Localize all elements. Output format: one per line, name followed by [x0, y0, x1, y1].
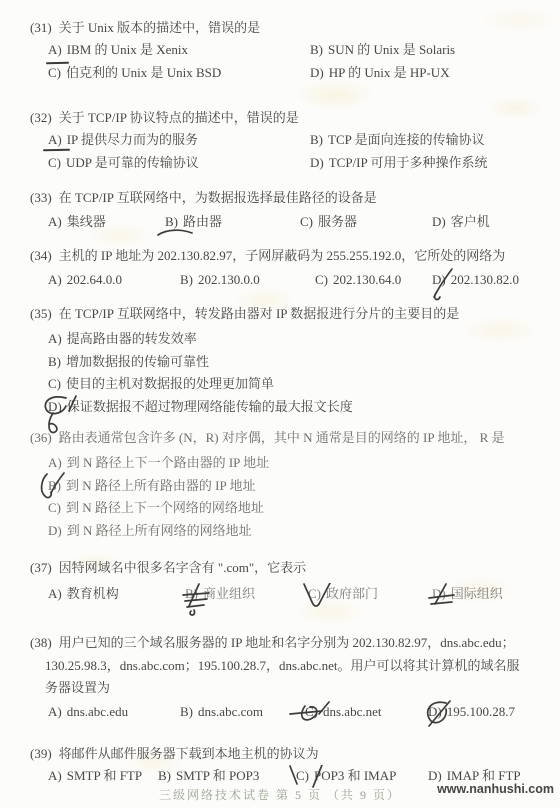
- options: A)提高路由器的转发效率 B)增加数据报的传输可靠性 C)使目的主机对数据报的处…: [48, 328, 554, 418]
- option-label: A): [48, 272, 62, 288]
- option-text: 保证数据报不超过物理网络能传输的最大报文长度: [67, 399, 353, 414]
- option-a: A)202.64.0.0: [48, 272, 180, 288]
- question-number: (38): [30, 635, 52, 650]
- option-d: D)202.130.82.0: [432, 272, 554, 288]
- stem-line-1: (38)用户已知的三个域名服务器的 IP 地址和名字分别为 202.130.82…: [30, 632, 554, 655]
- option-text: 客户机: [451, 214, 490, 229]
- option-text: 服务器: [318, 214, 357, 229]
- options: A)IP 提供尽力而为的服务 B)TCP 是面向连接的传输协议 C)UDP 是可…: [48, 132, 554, 171]
- option-text: 提高路由器的转发效率: [67, 331, 197, 346]
- option-c: C)POP3 和 IMAP: [296, 768, 428, 784]
- question-text: 在 TCP/IP 互联网络中，转发路由器对 IP 数据报进行分片的主要目的是: [59, 306, 460, 321]
- option-text: 到 N 路径上所有网络的网络地址: [67, 523, 252, 538]
- option-b: B)dns.abc.com: [180, 704, 305, 720]
- option-d: D)国际组织: [432, 586, 554, 602]
- option-label: D): [48, 396, 62, 419]
- option-label: B): [180, 704, 193, 720]
- option-label: B): [185, 586, 198, 602]
- option-label: D): [432, 586, 446, 602]
- option-text: SMTP 和 FTP: [67, 768, 142, 783]
- question-37: (37)因特网域名中很多名字含有 ".com"，它表示 A)教育机构 B)商业组…: [30, 560, 554, 602]
- question-text: 用户已知的三个域名服务器的 IP 地址和名字分别为 202.130.82.97，…: [59, 635, 515, 650]
- option-label: D): [310, 155, 324, 171]
- option-label: D): [428, 704, 442, 720]
- option-text: 202.64.0.0: [67, 272, 122, 287]
- question-35: (35)在 TCP/IP 互联网络中，转发路由器对 IP 数据报进行分片的主要目…: [30, 306, 554, 418]
- option-label: C): [315, 272, 328, 288]
- question-number: (33): [30, 190, 52, 205]
- option-b: B)SMTP 和 POP3: [158, 768, 296, 784]
- question-number: (31): [30, 20, 52, 35]
- option-c: C)202.130.64.0: [315, 272, 432, 288]
- option-text: dns.abc.com: [198, 704, 263, 719]
- option-text: 路由器: [183, 214, 222, 229]
- options: A)集线器 B)路由器 C)服务器 D)客户机: [48, 214, 554, 230]
- watermark: www.nanhushi.com: [435, 782, 556, 796]
- option-text: IBM 的 Unix 是 Xenix: [67, 42, 188, 57]
- option-a: A)集线器: [48, 214, 165, 230]
- option-text: 202.130.0.0: [198, 272, 260, 287]
- option-label: C): [48, 65, 61, 81]
- option-text: 增加数据报的传输可靠性: [66, 354, 209, 369]
- option-text: 202.130.82.0: [451, 272, 519, 287]
- option-text: UDP 是可靠的传输协议: [66, 155, 199, 170]
- options: A)202.64.0.0 B)202.130.0.0 C)202.130.64.…: [48, 272, 554, 288]
- option-label: C): [308, 586, 321, 602]
- question-32: (32)关于 TCP/IP 协议特点的描述中，错误的是 A)IP 提供尽力而为的…: [30, 110, 554, 171]
- option-d: D)保证数据报不超过物理网络能传输的最大报文长度: [48, 396, 554, 419]
- option-label: D): [432, 214, 446, 230]
- option-text: dns.abc.edu: [67, 704, 128, 719]
- question-34: (34)主机的 IP 地址为 202.130.82.97，子网屏蔽码为 255.…: [30, 248, 554, 288]
- option-label: B): [165, 214, 178, 230]
- option-text: 202.130.64.0: [333, 272, 401, 287]
- question-stem: (35)在 TCP/IP 互联网络中，转发路由器对 IP 数据报进行分片的主要目…: [30, 306, 554, 322]
- exam-page: (31)关于 Unix 版本的描述中，错误的是 A)IBM 的 Unix 是 X…: [0, 0, 560, 808]
- option-label: A): [48, 42, 62, 58]
- option-text: 195.100.28.7: [447, 704, 515, 719]
- option-c: C)服务器: [300, 214, 432, 230]
- option-a: A)IBM 的 Unix 是 Xenix: [48, 42, 310, 58]
- option-text: TCP 是面向连接的传输协议: [328, 132, 485, 147]
- option-a: A)SMTP 和 FTP: [48, 768, 158, 784]
- option-b: B)商业组织: [185, 586, 308, 602]
- question-stem: (32)关于 TCP/IP 协议特点的描述中，错误的是: [30, 110, 554, 126]
- options: A)dns.abc.edu B)dns.abc.com C)dns.abc.ne…: [48, 704, 554, 720]
- option-label: C): [300, 214, 313, 230]
- option-text: 到 N 路径上下一个路由器的 IP 地址: [67, 455, 269, 470]
- question-number: (35): [30, 306, 52, 321]
- option-label: B): [158, 768, 171, 784]
- question-text: 关于 Unix 版本的描述中，错误的是: [59, 20, 261, 35]
- option-label: A): [48, 768, 62, 784]
- option-text: 商业组织: [203, 586, 255, 601]
- option-text: 到 N 路径上所有路由器的 IP 地址: [66, 478, 255, 493]
- option-label: D): [310, 65, 324, 81]
- option-label: D): [48, 520, 62, 543]
- question-38: (38)用户已知的三个域名服务器的 IP 地址和名字分别为 202.130.82…: [30, 632, 554, 720]
- question-stem: (39)将邮件从邮件服务器下载到本地主机的协议为: [30, 746, 554, 762]
- option-d: D)195.100.28.7: [428, 704, 554, 720]
- option-text: SMTP 和 POP3: [176, 768, 259, 783]
- question-39: (39)将邮件从邮件服务器下载到本地主机的协议为 A)SMTP 和 FTP B)…: [30, 746, 554, 784]
- option-text: 国际组织: [451, 586, 503, 601]
- option-label: A): [48, 132, 62, 148]
- option-b: B)路由器: [165, 214, 300, 230]
- question-stem: (31)关于 Unix 版本的描述中，错误的是: [30, 20, 554, 36]
- option-label: C): [48, 155, 61, 171]
- option-b: B)202.130.0.0: [180, 272, 315, 288]
- option-a: A)教育机构: [48, 586, 185, 602]
- option-a: A)提高路由器的转发效率: [48, 328, 554, 351]
- question-text: 路由表通常包含许多 (N，R) 对序偶，其中 N 通常是目的网络的 IP 地址，…: [59, 430, 505, 445]
- option-a: A)dns.abc.edu: [48, 704, 180, 720]
- option-b: B)到 N 路径上所有路由器的 IP 地址: [48, 475, 554, 498]
- options: A)教育机构 B)商业组织 C)政府部门 D)国际组织: [48, 586, 554, 602]
- option-d: D)TCP/IP 可用于多种操作系统: [310, 155, 554, 171]
- option-label: A): [48, 328, 62, 351]
- option-text: IP 提供尽力而为的服务: [67, 132, 198, 147]
- option-text: 使目的主机对数据报的处理更加简单: [66, 376, 274, 391]
- option-c: C)dns.abc.net: [305, 704, 428, 720]
- question-text: 在 TCP/IP 互联网络中，为数据报选择最佳路径的设备是: [59, 190, 377, 205]
- option-label: C): [305, 704, 318, 720]
- option-label: A): [48, 214, 62, 230]
- question-text: 主机的 IP 地址为 202.130.82.97，子网屏蔽码为 255.255.…: [59, 248, 506, 263]
- option-b: B)增加数据报的传输可靠性: [48, 351, 554, 374]
- option-label: B): [48, 475, 61, 498]
- stem-line-2: 130.25.98.3，dns.abc.com；195.100.28.7，dns…: [45, 655, 554, 678]
- question-number: (32): [30, 110, 52, 125]
- options: A)IBM 的 Unix 是 Xenix B)SUN 的 Unix 是 Sola…: [48, 42, 554, 81]
- option-label: A): [48, 452, 62, 475]
- option-c: C)UDP 是可靠的传输协议: [48, 155, 310, 171]
- pen-mark-underline: [43, 149, 70, 151]
- question-text: 因特网域名中很多名字含有 ".com"，它表示: [59, 560, 307, 575]
- question-number: (39): [30, 746, 52, 761]
- option-label: B): [180, 272, 193, 288]
- option-text: 教育机构: [67, 586, 119, 601]
- question-text: 关于 TCP/IP 协议特点的描述中，错误的是: [59, 110, 299, 125]
- stem-line-3: 务器设置为: [45, 677, 554, 700]
- option-label: B): [48, 351, 61, 374]
- option-text: 伯克利的 Unix 是 Unix BSD: [66, 65, 221, 80]
- question-stem: (37)因特网域名中很多名字含有 ".com"，它表示: [30, 560, 554, 576]
- question-stem: (38)用户已知的三个域名服务器的 IP 地址和名字分别为 202.130.82…: [30, 632, 554, 700]
- option-label: B): [310, 42, 323, 58]
- option-label: A): [48, 704, 62, 720]
- option-c: C)政府部门: [308, 586, 432, 602]
- option-text: TCP/IP 可用于多种操作系统: [329, 155, 488, 170]
- option-text: 集线器: [67, 214, 106, 229]
- options: A)到 N 路径上下一个路由器的 IP 地址 B)到 N 路径上所有路由器的 I…: [48, 452, 554, 542]
- question-stem: (36)路由表通常包含许多 (N，R) 对序偶，其中 N 通常是目的网络的 IP…: [30, 430, 554, 446]
- option-text: 到 N 路径上下一个网络的网络地址: [66, 500, 264, 515]
- question-number: (36): [30, 430, 52, 445]
- option-d: D)HP 的 Unix 是 HP-UX: [310, 65, 554, 81]
- option-b: B)SUN 的 Unix 是 Solaris: [310, 42, 554, 58]
- option-label: B): [310, 132, 323, 148]
- option-label: C): [48, 497, 61, 520]
- option-text: SUN 的 Unix 是 Solaris: [328, 42, 455, 57]
- question-number: (37): [30, 560, 52, 575]
- option-text: IMAP 和 FTP: [447, 768, 521, 783]
- question-number: (34): [30, 248, 52, 263]
- option-label: C): [48, 373, 61, 396]
- option-b: B)TCP 是面向连接的传输协议: [310, 132, 554, 148]
- option-d: D)客户机: [432, 214, 554, 230]
- option-a: A)到 N 路径上下一个路由器的 IP 地址: [48, 452, 554, 475]
- pen-mark-overline: [46, 62, 69, 65]
- option-text: POP3 和 IMAP: [314, 768, 396, 783]
- option-label: C): [296, 768, 309, 784]
- option-text: dns.abc.net: [323, 704, 381, 719]
- option-label: D): [432, 272, 446, 288]
- option-d: D)到 N 路径上所有网络的网络地址: [48, 520, 554, 543]
- option-c: C)到 N 路径上下一个网络的网络地址: [48, 497, 554, 520]
- option-c: C)伯克利的 Unix 是 Unix BSD: [48, 65, 310, 81]
- option-a: A)IP 提供尽力而为的服务: [48, 132, 310, 148]
- option-label: A): [48, 586, 62, 602]
- question-36: (36)路由表通常包含许多 (N，R) 对序偶，其中 N 通常是目的网络的 IP…: [30, 430, 554, 542]
- question-stem: (33)在 TCP/IP 互联网络中，为数据报选择最佳路径的设备是: [30, 190, 554, 206]
- question-33: (33)在 TCP/IP 互联网络中，为数据报选择最佳路径的设备是 A)集线器 …: [30, 190, 554, 230]
- option-c: C)使目的主机对数据报的处理更加简单: [48, 373, 554, 396]
- question-text: 将邮件从邮件服务器下载到本地主机的协议为: [59, 746, 319, 761]
- question-31: (31)关于 Unix 版本的描述中，错误的是 A)IBM 的 Unix 是 X…: [30, 20, 554, 81]
- question-stem: (34)主机的 IP 地址为 202.130.82.97，子网屏蔽码为 255.…: [30, 248, 554, 264]
- option-text: 政府部门: [326, 586, 378, 601]
- option-text: HP 的 Unix 是 HP-UX: [329, 65, 450, 80]
